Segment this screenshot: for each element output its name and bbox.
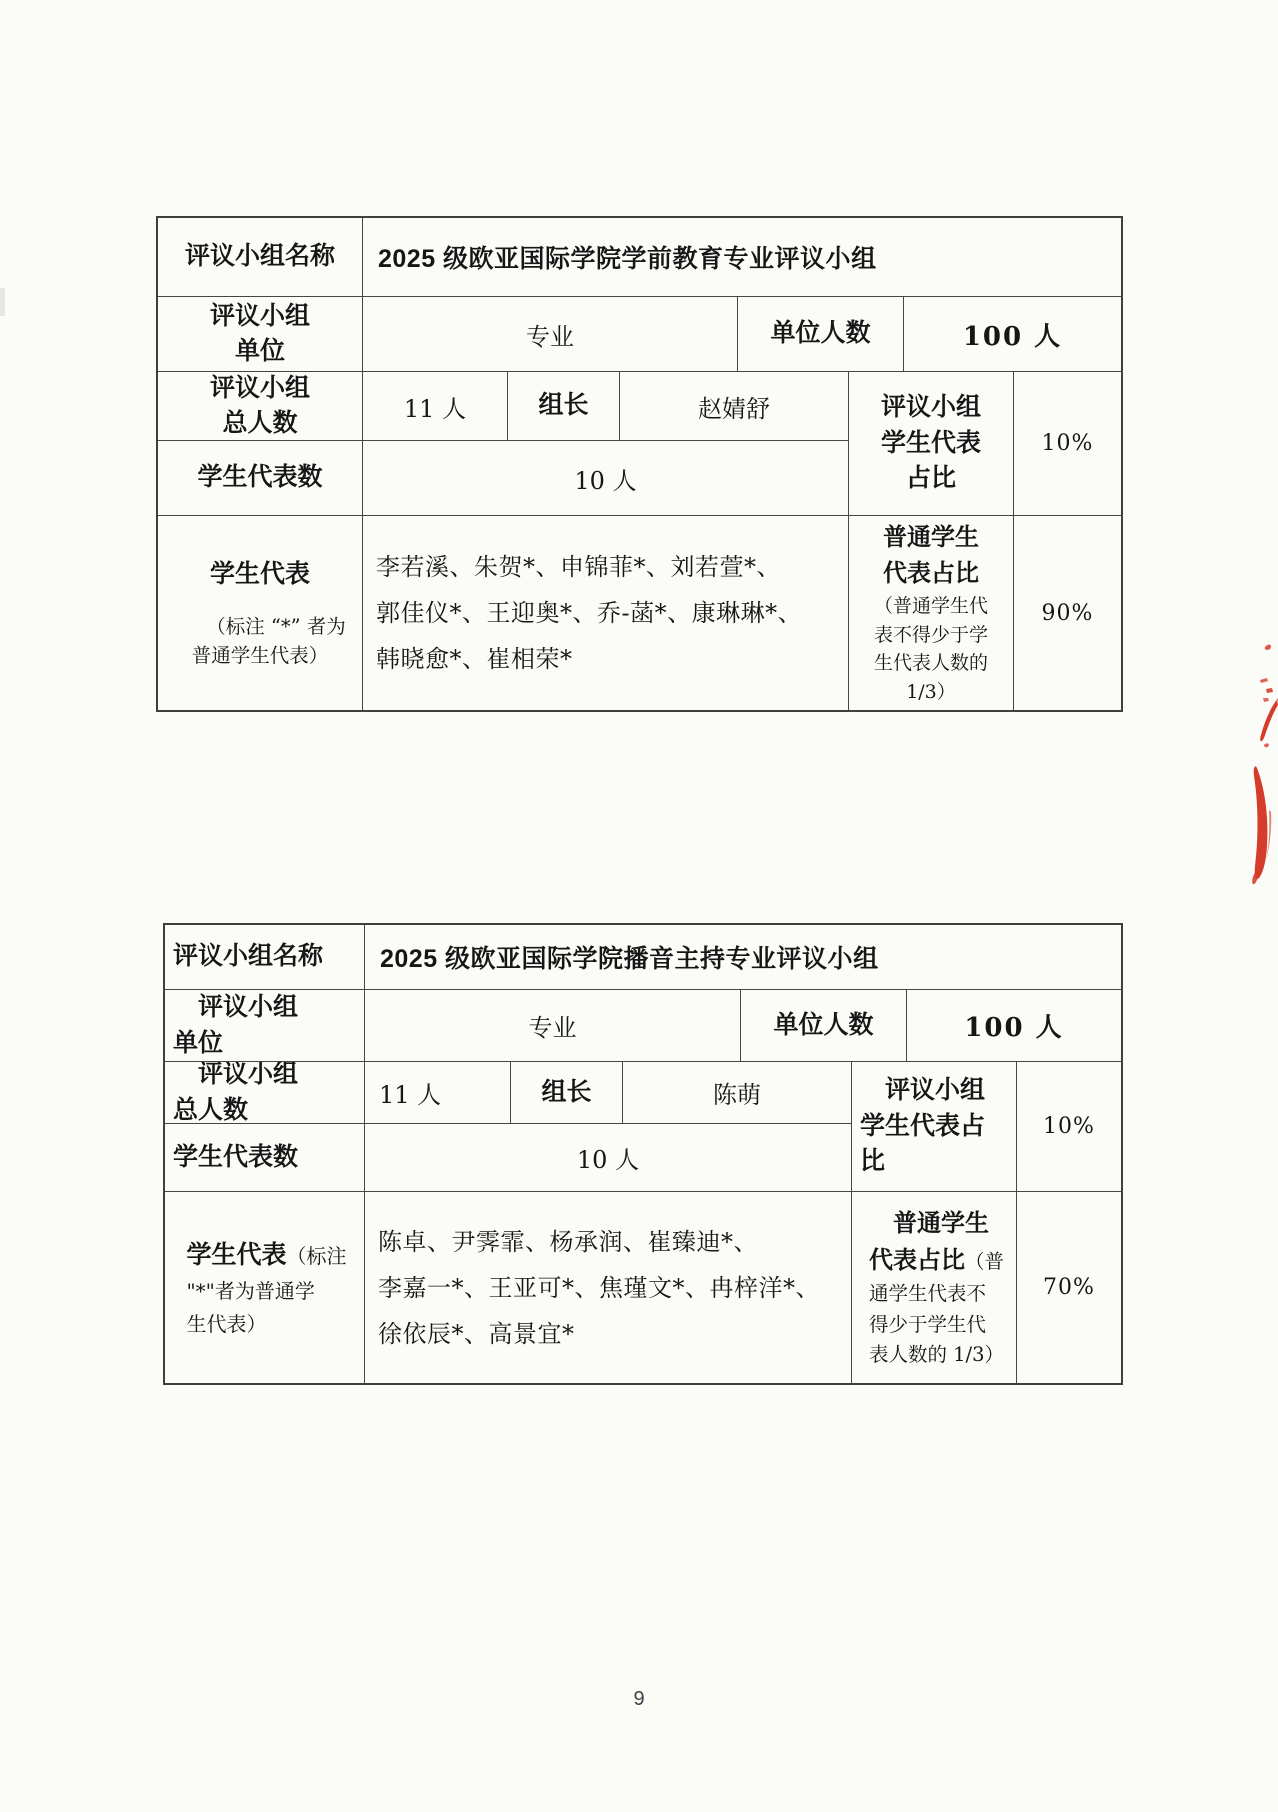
ordinary-ratio-value: 70%	[1017, 1192, 1121, 1383]
student-rep-count-value: 10 人	[365, 1124, 852, 1192]
student-reps-label-cell: 学生代表（标注 "*"者为普通学 生代表）	[165, 1192, 365, 1383]
ordinary-ratio-note: （普通学生代 表不得少于学 生代表人数的 1/3）	[874, 595, 988, 703]
student-ratio-value: 10%	[1014, 372, 1121, 516]
student-reps-names-cell: 陈卓、尹霁霏、杨承润、崔臻迪*、 李嘉一*、王亚可*、焦瑾文*、冉梓洋*、 徐依…	[365, 1192, 852, 1383]
student-reps-label-cell: 学生代表 （标注 “*” 者为 普通学生代表）	[158, 516, 363, 710]
group-total-label: 评议小组 总人数	[158, 372, 363, 441]
unit-headcount-value: 100 人	[907, 990, 1121, 1062]
student-reps-label: 学生代表	[210, 560, 310, 588]
student-reps-label: 学生代表	[186, 1241, 286, 1269]
student-reps-label-text: 学生代表 （标注 “*” 者为 普通学生代表）	[174, 556, 346, 670]
red-seal-fragment	[1236, 610, 1278, 910]
group-name-label: 评议小组名称	[158, 218, 363, 297]
ordinary-ratio-label-text: 普通学生 代表占比（普通学生代 表不得少于学 生代表人数的 1/3）	[874, 520, 988, 706]
student-rep-count-value: 10 人	[363, 441, 849, 516]
group-unit-label: 评议小组 单位	[158, 297, 363, 372]
unit-headcount-label: 单位人数	[738, 297, 904, 372]
student-ratio-label: 评议小组 学生代表 占比	[849, 372, 1014, 516]
scanned-document-page: 评议小组名称 2025 级欧亚国际学院学前教育专业评议小组 评议小组 单位 专业…	[0, 0, 1278, 1812]
leader-label: 组长	[511, 1062, 623, 1124]
scan-artifact	[0, 288, 5, 316]
student-reps-names: 陈卓、尹霁霏、杨承润、崔臻迪*、 李嘉一*、王亚可*、焦瑾文*、冉梓洋*、 徐依…	[378, 1219, 820, 1357]
review-group-table-broadcasting: 评议小组名称 2025 级欧亚国际学院播音主持专业评议小组 评议小组 单位 专业…	[163, 923, 1123, 1385]
student-reps-names-cell: 李若溪、朱贺*、申锦菲*、刘若萱*、 郭佳仪*、王迎奥*、乔-菡*、康琳琳*、 …	[363, 516, 849, 710]
ordinary-ratio-label-cell: 普通学生 代表占比（普 通学生代表不 得少于学生代 表人数的 1/3）	[852, 1192, 1017, 1383]
leader-name: 陈萌	[623, 1062, 852, 1124]
student-rep-count-label: 学生代表数	[158, 441, 363, 516]
review-group-table-preschool: 评议小组名称 2025 级欧亚国际学院学前教育专业评议小组 评议小组 单位 专业…	[156, 216, 1123, 712]
leader-name: 赵婧舒	[620, 372, 849, 441]
group-total-value: 11 人	[363, 372, 508, 441]
group-name-value: 2025 级欧亚国际学院学前教育专业评议小组	[363, 218, 1121, 297]
student-reps-note: （标注 “*” 者为 普通学生代表）	[192, 615, 346, 667]
page-number: 9	[0, 1688, 1278, 1711]
student-rep-count-label: 学生代表数	[165, 1124, 365, 1192]
ordinary-ratio-label: 普通学生 代表占比	[883, 524, 979, 587]
ordinary-ratio-value: 90%	[1014, 516, 1121, 710]
group-unit-label: 评议小组 单位	[165, 990, 365, 1062]
student-ratio-value: 10%	[1017, 1062, 1121, 1192]
leader-label: 组长	[508, 372, 620, 441]
student-reps-label-text: 学生代表（标注 "*"者为普通学 生代表）	[176, 1235, 352, 1340]
group-unit-value: 专业	[365, 990, 741, 1062]
group-total-value: 11 人	[365, 1062, 511, 1124]
group-name-value: 2025 级欧亚国际学院播音主持专业评议小组	[365, 925, 1121, 990]
ordinary-ratio-label-cell: 普通学生 代表占比（普通学生代 表不得少于学 生代表人数的 1/3）	[849, 516, 1014, 710]
group-unit-value: 专业	[363, 297, 738, 372]
unit-headcount-value: 100 人	[904, 297, 1121, 372]
group-total-label: 评议小组 总人数	[165, 1062, 365, 1124]
student-ratio-label: 评议小组 学生代表占 比	[852, 1062, 1017, 1192]
ordinary-ratio-label-text: 普通学生 代表占比（普 通学生代表不 得少于学生代 表人数的 1/3）	[860, 1205, 1008, 1370]
group-name-label: 评议小组名称	[165, 925, 365, 990]
student-reps-names: 李若溪、朱贺*、申锦菲*、刘若萱*、 郭佳仪*、王迎奥*、乔-菡*、康琳琳*、 …	[376, 544, 802, 682]
unit-headcount-label: 单位人数	[741, 990, 907, 1062]
